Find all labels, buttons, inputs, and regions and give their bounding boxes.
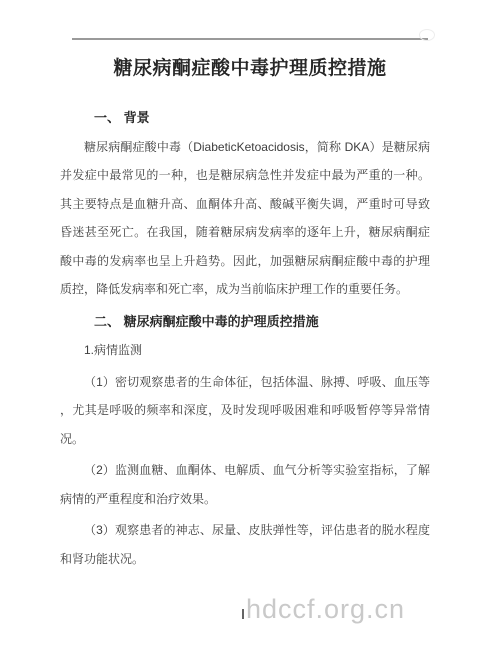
section-heading-background: 一、 背景 bbox=[60, 104, 430, 133]
watermark-text: hdccf.org.cn bbox=[246, 593, 405, 625]
section-heading-measures: 二、 糖尿病酮症酸中毒的护理质控措施 bbox=[60, 308, 430, 337]
list-item-3: （3）观察患者的神志、尿量、皮肤弹性等，评估患者的脱水程度和肾功能状况。 bbox=[60, 516, 430, 573]
cursor-tick-artifact bbox=[242, 609, 244, 619]
document-page: 糖尿病酮症酸中毒护理质控措施 一、 背景 糖尿病酮症酸中毒（DiabeticKe… bbox=[0, 0, 500, 647]
background-paragraph: 糖尿病酮症酸中毒（DiabeticKetoacidosis，简称 DKA）是糖尿… bbox=[60, 133, 430, 304]
document-body: 糖尿病酮症酸中毒护理质控措施 一、 背景 糖尿病酮症酸中毒（DiabeticKe… bbox=[60, 0, 430, 573]
list-item-1: （1）密切观察患者的生命体征，包括体温、脉搏、呼吸、血压等，尤其是呼吸的频率和深… bbox=[60, 368, 430, 454]
subheading-condition-monitoring: 1.病情监测 bbox=[60, 336, 430, 365]
list-item-2: （2）监测血糖、血酮体、电解质、血气分析等实验室指标，了解病情的严重程度和治疗效… bbox=[60, 456, 430, 513]
page-title: 糖尿病酮症酸中毒护理质控措施 bbox=[60, 54, 430, 84]
